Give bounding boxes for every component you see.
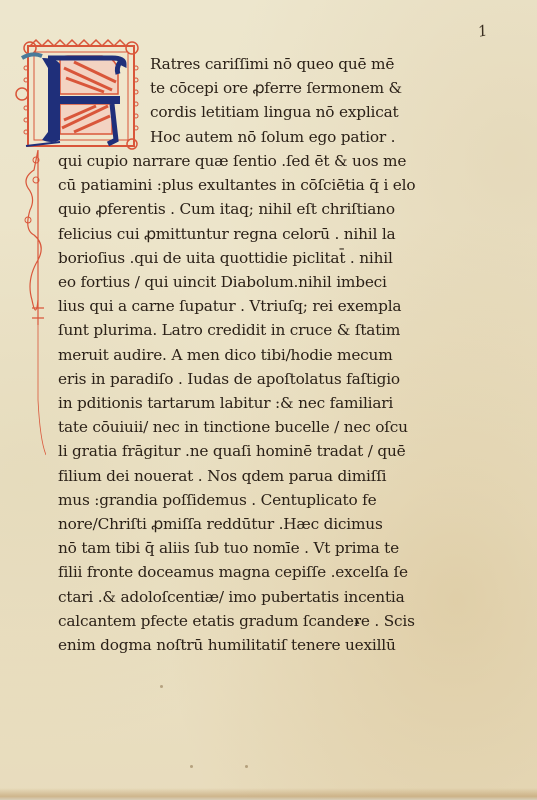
signature-mark-icon: ▴ xyxy=(355,617,360,627)
text-beside-initial: Ratres cariſſimi nō queo quē mē te cōcep… xyxy=(150,52,398,149)
text-line: calcantem pfecte etatis gradum ſcandere … xyxy=(58,609,418,633)
text-line: meruit audire. A men dico tibi/hodie mec… xyxy=(58,343,418,367)
text-line: nore/Chriſti ꝓmiſſa reddūtur .Hæc dicimu… xyxy=(58,512,418,536)
text-line: filium dei nouerat . Nos qdem parua dimi… xyxy=(58,464,418,488)
text-line: ctari .& adoloſcentiæ/ imo pubertatis in… xyxy=(58,585,418,609)
text-line: felicius cui ꝓmittuntur regna celorū . n… xyxy=(58,222,418,246)
text-line: cū patiamini :plus exultantes in cōſciēt… xyxy=(58,173,418,197)
paper-speck xyxy=(160,685,163,688)
marginal-flourish-icon xyxy=(16,150,46,480)
page-edge xyxy=(0,788,537,800)
text-line: filii fronte doceamus magna cepiſſe .exc… xyxy=(58,560,418,584)
text-line: in pditionis tartarum labitur :& nec fam… xyxy=(58,391,418,415)
text-line: borioſius .qui de uita quottidie piclita… xyxy=(58,246,418,270)
text-line: quio ꝓferentis . Cum itaq; nihil eſt chr… xyxy=(58,197,418,221)
text-line: tate cōuiuii/ nec in tinctione bucelle /… xyxy=(58,415,418,439)
paper-speck xyxy=(190,765,193,768)
text-line: cordis letitiam lingua nō explicat xyxy=(150,100,398,124)
text-line: qui cupio narrare quæ ſentio .ſed ēt & u… xyxy=(58,149,418,173)
text-line: Ratres cariſſimi nō queo quē mē xyxy=(150,52,398,76)
text-line: li gratia frāgitur .ne quaſi hominē trad… xyxy=(58,439,418,463)
text-line: mus :grandia poſſidemus . Centuplicato f… xyxy=(58,488,418,512)
main-text-body: qui cupio narrare quæ ſentio .ſed ēt & u… xyxy=(58,149,418,657)
illuminated-initial-icon xyxy=(12,28,150,158)
text-line: lius qui a carne ſupatur . Vtriuſq; rei … xyxy=(58,294,418,318)
text-line: eo fortius / qui uincit Diabolum.nihil i… xyxy=(58,270,418,294)
text-line: ſunt plurima. Latro credidit in cruce & … xyxy=(58,318,418,342)
text-line: eris in paradiſo . Iudas de apoſtolatus … xyxy=(58,367,418,391)
text-line: nō tam tibi q̄ aliis ſub tuo nomīe . Vt … xyxy=(58,536,418,560)
text-line: te cōcepi ore ꝓferre ſermonem & xyxy=(150,76,398,100)
text-line: Hoc autem nō ſolum ego patior . xyxy=(150,125,398,149)
paper-speck xyxy=(245,765,248,768)
text-line: enim dogma noſtrū humilitatiſ tenere uex… xyxy=(58,633,418,657)
